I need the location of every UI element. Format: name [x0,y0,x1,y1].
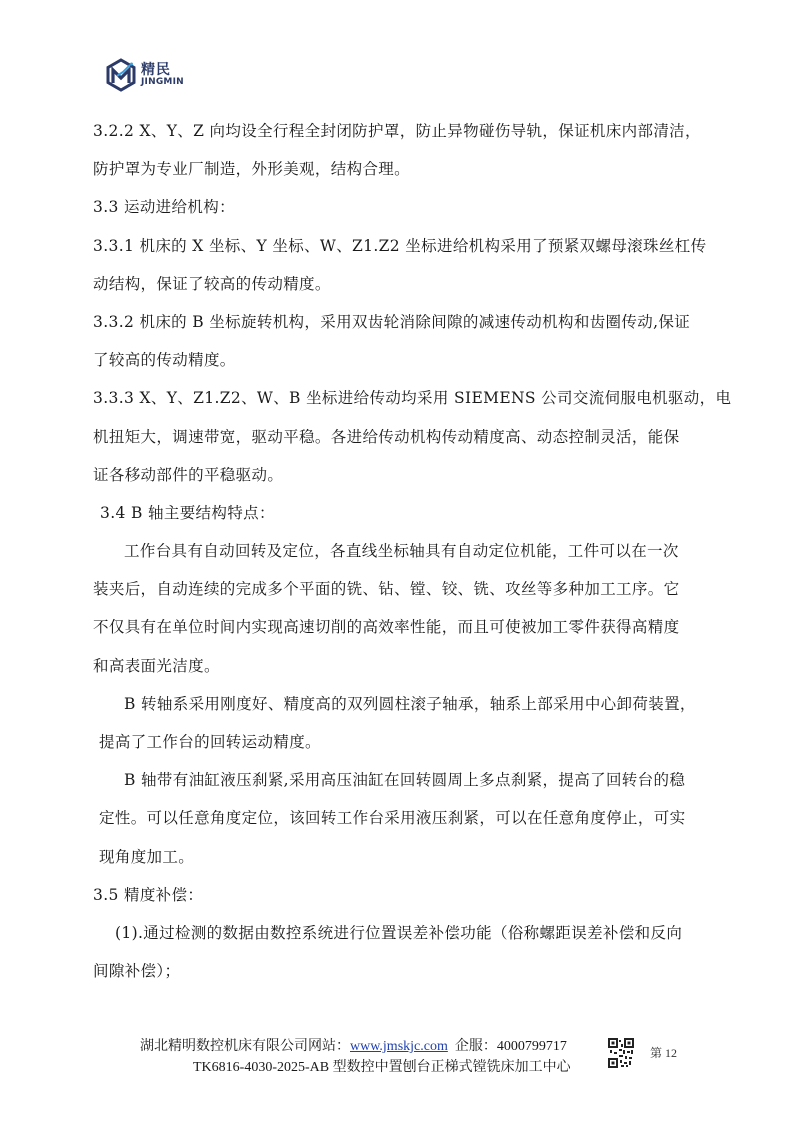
para-3-3-2-line-1: 3.3.2 机床的 B 坐标旋转机构，采用双齿轮消除间隙的减速传动机构和齿圈传动… [93,303,705,341]
para-3-3-3-line-1: 3.3.3 X、Y、Z1.Z2、W、B 坐标进给传动均采用 SIEMENS 公司… [93,379,705,417]
footer-service-label: 企服： [455,1039,497,1054]
para-3-2-2-line-1: 3.2.2 X、Y、Z 向均设全行程全封闭防护罩，防止异物碰伤导轨，保证机床内部… [93,112,705,150]
para-3-3-1-line-1: 3.3.1 机床的 X 坐标、Y 坐标、W、Z1.Z2 坐标进给机构采用了预紧双… [93,227,705,265]
para-3-4-a-line-2: 装夹后，自动连续的完成多个平面的铣、钻、镗、铰、铣、攻丝等多种加工工序。它 [93,570,705,608]
jingmin-hexagon-logo-icon [104,58,138,92]
document-body: 3.2.2 X、Y、Z 向均设全行程全封闭防护罩，防止异物碰伤导轨，保证机床内部… [93,112,705,990]
footer-contact-line: 湖北精明数控机床有限公司网站：www.jmskjc.com 企服：4000799… [140,1035,567,1055]
para-3-4-c-line-3: 现角度加工。 [93,838,705,876]
para-3-3-3-line-2: 机扭矩大，调速带宽，驱动平稳。各进给传动机构传动精度高、动态控制灵活，能保 [93,418,705,456]
company-logo: 精民 JINGMIN [104,58,184,92]
section-heading-3-4: 3.4 B 轴主要结构特点： [93,494,705,532]
para-3-4-a-line-4: 和高表面光洁度。 [93,647,705,685]
para-3-4-b-line-1: B 转轴系采用刚度好、精度高的双列圆柱滚子轴承，轴系上部采用中心卸荷装置， [93,685,705,723]
para-3-4-b-line-2: 提高了工作台的回转运动精度。 [93,723,705,761]
section-heading-3-5: 3.5 精度补偿： [93,876,705,914]
para-3-2-2-line-2: 防护罩为专业厂制造，外形美观，结构合理。 [93,150,705,188]
para-3-5-1-line-1: (1).通过检测的数据由数控系统进行位置误差补偿功能（俗称螺距误差补偿和反向 [93,914,705,952]
para-3-4-a-line-1: 工作台具有自动回转及定位，各直线坐标轴具有自动定位机能，工件可以在一次 [93,532,705,570]
para-3-3-1-line-2: 动结构，保证了较高的传动精度。 [93,265,705,303]
logo-name-cn: 精民 [141,63,184,77]
para-3-3-3-line-3: 证各移动部件的平稳驱动。 [93,456,705,494]
footer-company-prefix: 湖北精明数控机床有限公司网站： [140,1039,350,1054]
para-3-4-c-line-2: 定性。可以任意角度定位，该回转工作台采用液压刹紧，可以在任意角度停止，可实 [93,799,705,837]
footer-service-phone: 4000799717 [497,1039,567,1054]
para-3-4-a-line-3: 不仅具有在单位时间内实现高速切削的高效率性能，而且可使被加工零件获得高精度 [93,608,705,646]
page-number: 第 12 [650,1044,677,1061]
page-footer: 湖北精明数控机床有限公司网站：www.jmskjc.com 企服：4000799… [0,1030,800,1090]
para-3-3-2-line-2: 了较高的传动精度。 [93,341,705,379]
qr-code-icon [608,1038,634,1068]
para-3-5-1-line-2: 间隙补偿）； [93,952,705,990]
para-3-4-c-line-1: B 轴带有油缸液压刹紧,采用高压油缸在回转圆周上多点刹紧，提高了回转台的稳 [93,761,705,799]
footer-website-link[interactable]: www.jmskjc.com [350,1039,448,1054]
section-heading-3-3: 3.3 运动进给机构： [93,188,705,226]
logo-name-en: JINGMIN [141,78,184,87]
footer-product-line: TK6816-4030-2025-AB 型数控中置刨台正梯式镗铣床加工中心 [193,1056,571,1076]
